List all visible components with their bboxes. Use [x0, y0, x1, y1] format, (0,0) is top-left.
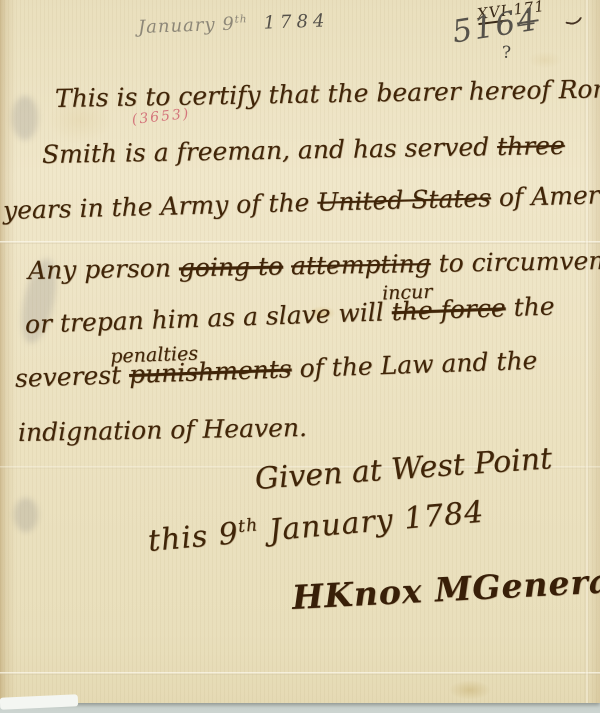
line6-text-end: of the Law and the — [291, 346, 538, 384]
pencil-date-ordinal: th — [234, 13, 247, 25]
closing-date-text: this 9 — [146, 516, 240, 559]
inserted-word-penalties: penalties — [110, 343, 198, 368]
line4-text-end: to circumvent — [430, 246, 600, 278]
line4-text: Any person — [28, 253, 179, 285]
pencil-catalog-number: 5164 — [450, 1, 541, 50]
body-line-1: This is to certify that the bearer hereo… — [55, 74, 600, 113]
fold-crease — [0, 672, 600, 675]
inserted-word-incur: incur — [382, 281, 433, 305]
body-line-2: Smith is a freeman, and has served three — [42, 131, 565, 169]
query-mark: ? — [502, 43, 511, 63]
pencil-date-annotation: January 9th1784 — [138, 10, 330, 38]
pencil-date-year: 1784 — [263, 10, 330, 33]
body-line-3: years in the Army of the United States o… — [3, 179, 600, 225]
line3-crossbar-words: United States — [317, 183, 491, 217]
body-line-7: indignation of Heaven. — [18, 413, 307, 447]
body-line-5: incuror trepan him as a slave will the f… — [24, 292, 554, 339]
signature: HKnox MGeneral. — [291, 560, 600, 617]
closing-date-ordinal: th — [237, 515, 259, 537]
line2-crossbar-word: three — [497, 131, 565, 161]
line5-text-end: the — [505, 292, 555, 323]
body-line-6: penaltiesseverest punishments of the Law… — [14, 346, 537, 393]
pencil-smudge — [14, 498, 38, 532]
closing-place-line: Given at West Point — [254, 441, 553, 497]
line5-text: or trepan him as a slave will — [24, 297, 392, 339]
line3-text-end: of America. — [491, 179, 600, 212]
pencil-smudge — [12, 96, 38, 140]
closing-date-end: January 1784 — [257, 495, 485, 550]
line4-crossbar-word: attempting — [291, 249, 431, 280]
paper-edge-tear — [0, 694, 78, 709]
pen-flourish-mark — [565, 15, 582, 26]
line3-text: years in the Army of the — [3, 188, 318, 225]
closing-date-line: this 9th January 1784 — [146, 495, 485, 559]
pencil-date-text: January 9 — [138, 14, 235, 38]
fold-crease — [0, 241, 600, 244]
line4-struck-words: going to — [179, 252, 284, 283]
line2-text: Smith is a freeman, and has served — [42, 132, 498, 169]
manuscript-page: January 9th1784 XVI-171 5164 ? (3653) Th… — [0, 0, 600, 703]
body-line-4: Any person going to attempting to circum… — [28, 246, 600, 285]
